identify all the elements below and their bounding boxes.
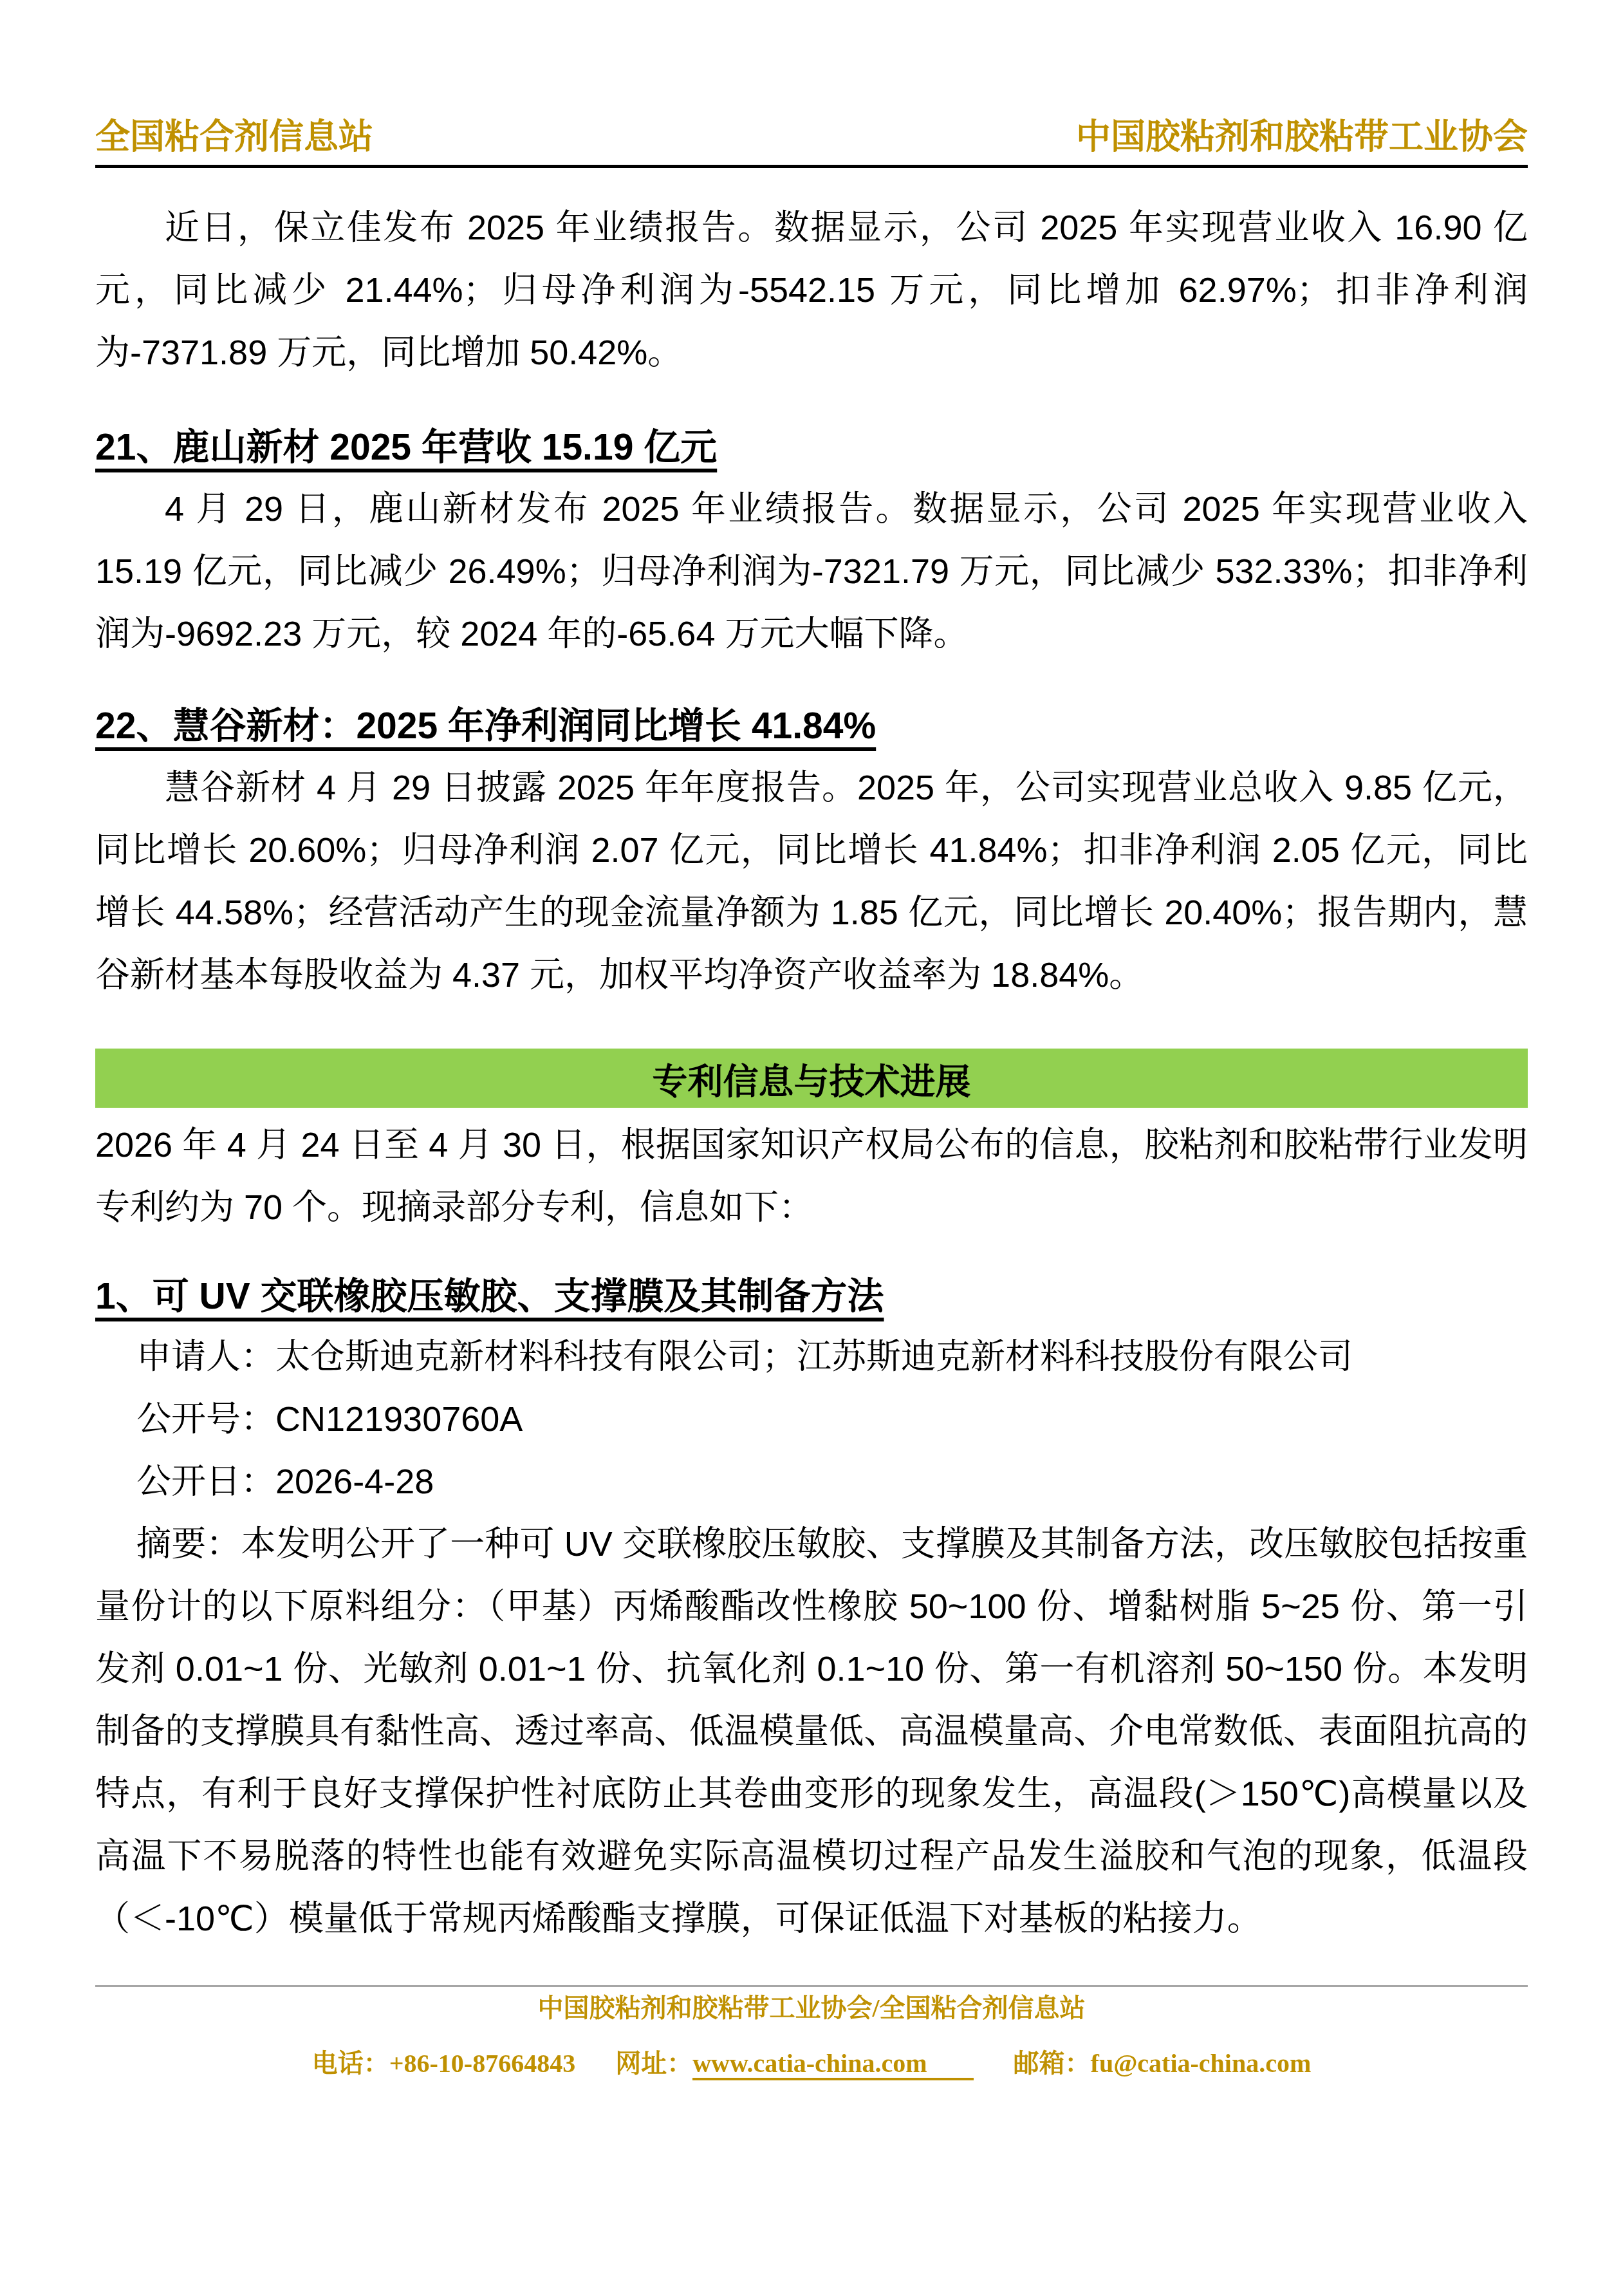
publication-date-label: 公开日： xyxy=(136,1462,275,1501)
website-link[interactable]: www.catia-china.com xyxy=(692,2049,973,2080)
publication-no-label: 公开号： xyxy=(136,1400,275,1439)
applicant-value: 太仓斯迪克新材料科技有限公司；江苏斯迪克新材料科技股份有限公司 xyxy=(275,1338,1353,1376)
news-item-21-heading: 21、鹿山新材 2025 年营收 15.19 亿元 xyxy=(95,424,1528,471)
phone-label: 电话： xyxy=(312,2049,389,2078)
news-item-22-heading-text: 22、慧谷新材：2025 年净利润同比增长 41.84% xyxy=(95,705,876,747)
association-name: 中国胶粘剂和胶粘带工业协会 xyxy=(1076,117,1528,157)
patent-section-banner: 专利信息与技术进展 xyxy=(95,1049,1528,1108)
patent-section-intro: 2026 年 4 月 24 日至 4 月 30 日，根据国家知识产权局公布的信息… xyxy=(95,1114,1528,1239)
patent-1-abstract: 摘要：本发明公开了一种可 UV 交联橡胶压敏胶、支撑膜及其制备方法，改压敏胶包括… xyxy=(95,1513,1528,1950)
publication-no-value: CN121930760A xyxy=(275,1400,523,1439)
footer-org-line: 中国胶粘剂和胶粘带工业协会/全国粘合剂信息站 xyxy=(95,1992,1528,2024)
footer-web-segment: 网址：www.catia-china.com xyxy=(615,2049,973,2078)
news-item-22-body: 慧谷新材 4 月 29 日披露 2025 年年度报告。2025 年，公司实现营业… xyxy=(95,757,1528,1007)
news-item-21-heading-text: 21、鹿山新材 2025 年营收 15.19 亿元 xyxy=(95,427,717,468)
page-header: 全国粘合剂信息站 中国胶粘剂和胶粘带工业协会 xyxy=(95,117,1528,168)
patent-1-fields: 申请人：太仓斯迪克新材料科技有限公司；江苏斯迪克新材料科技股份有限公司 公开号：… xyxy=(95,1326,1528,1513)
patent-1-publication-date-row: 公开日：2026-4-28 xyxy=(95,1451,1528,1513)
site-name: 全国粘合剂信息站 xyxy=(95,117,373,157)
publication-date-value: 2026-4-28 xyxy=(275,1462,434,1501)
footer-contact-line: 电话：+86-10-87664843 网址：www.catia-china.co… xyxy=(95,2048,1528,2080)
footer-phone-segment: 电话：+86-10-87664843 xyxy=(312,2049,575,2078)
patent-1-heading: 1、可 UV 交联橡胶压敏胶、支撑膜及其制备方法 xyxy=(95,1273,1528,1320)
patent-1-publication-no-row: 公开号：CN121930760A xyxy=(95,1388,1528,1451)
email-value: fu@catia-china.com xyxy=(1091,2049,1312,2078)
email-label: 邮箱： xyxy=(1014,2049,1091,2078)
footer-divider xyxy=(95,1985,1528,1987)
applicant-label: 申请人： xyxy=(136,1338,275,1376)
web-label: 网址： xyxy=(615,2049,692,2078)
news-item-21-body: 4 月 29 日，鹿山新材发布 2025 年业绩报告。数据显示，公司 2025 … xyxy=(95,478,1528,666)
phone-value: +86-10-87664843 xyxy=(389,2049,575,2078)
news-item-22-heading: 22、慧谷新材：2025 年净利润同比增长 41.84% xyxy=(95,703,1528,749)
news-intro-paragraph: 近日，保立佳发布 2025 年业绩报告。数据显示，公司 2025 年实现营业收入… xyxy=(95,197,1528,384)
footer-email-segment: 邮箱：fu@catia-china.com xyxy=(1014,2049,1312,2078)
patent-section-banner-title: 专利信息与技术进展 xyxy=(652,1053,970,1104)
page-content: 全国粘合剂信息站 中国胶粘剂和胶粘带工业协会 近日，保立佳发布 2025 年业绩… xyxy=(95,117,1528,2080)
patent-1-heading-text: 1、可 UV 交联橡胶压敏胶、支撑膜及其制备方法 xyxy=(95,1276,884,1317)
patent-1-applicant-row: 申请人：太仓斯迪克新材料科技有限公司；江苏斯迪克新材料科技股份有限公司 xyxy=(95,1326,1528,1388)
